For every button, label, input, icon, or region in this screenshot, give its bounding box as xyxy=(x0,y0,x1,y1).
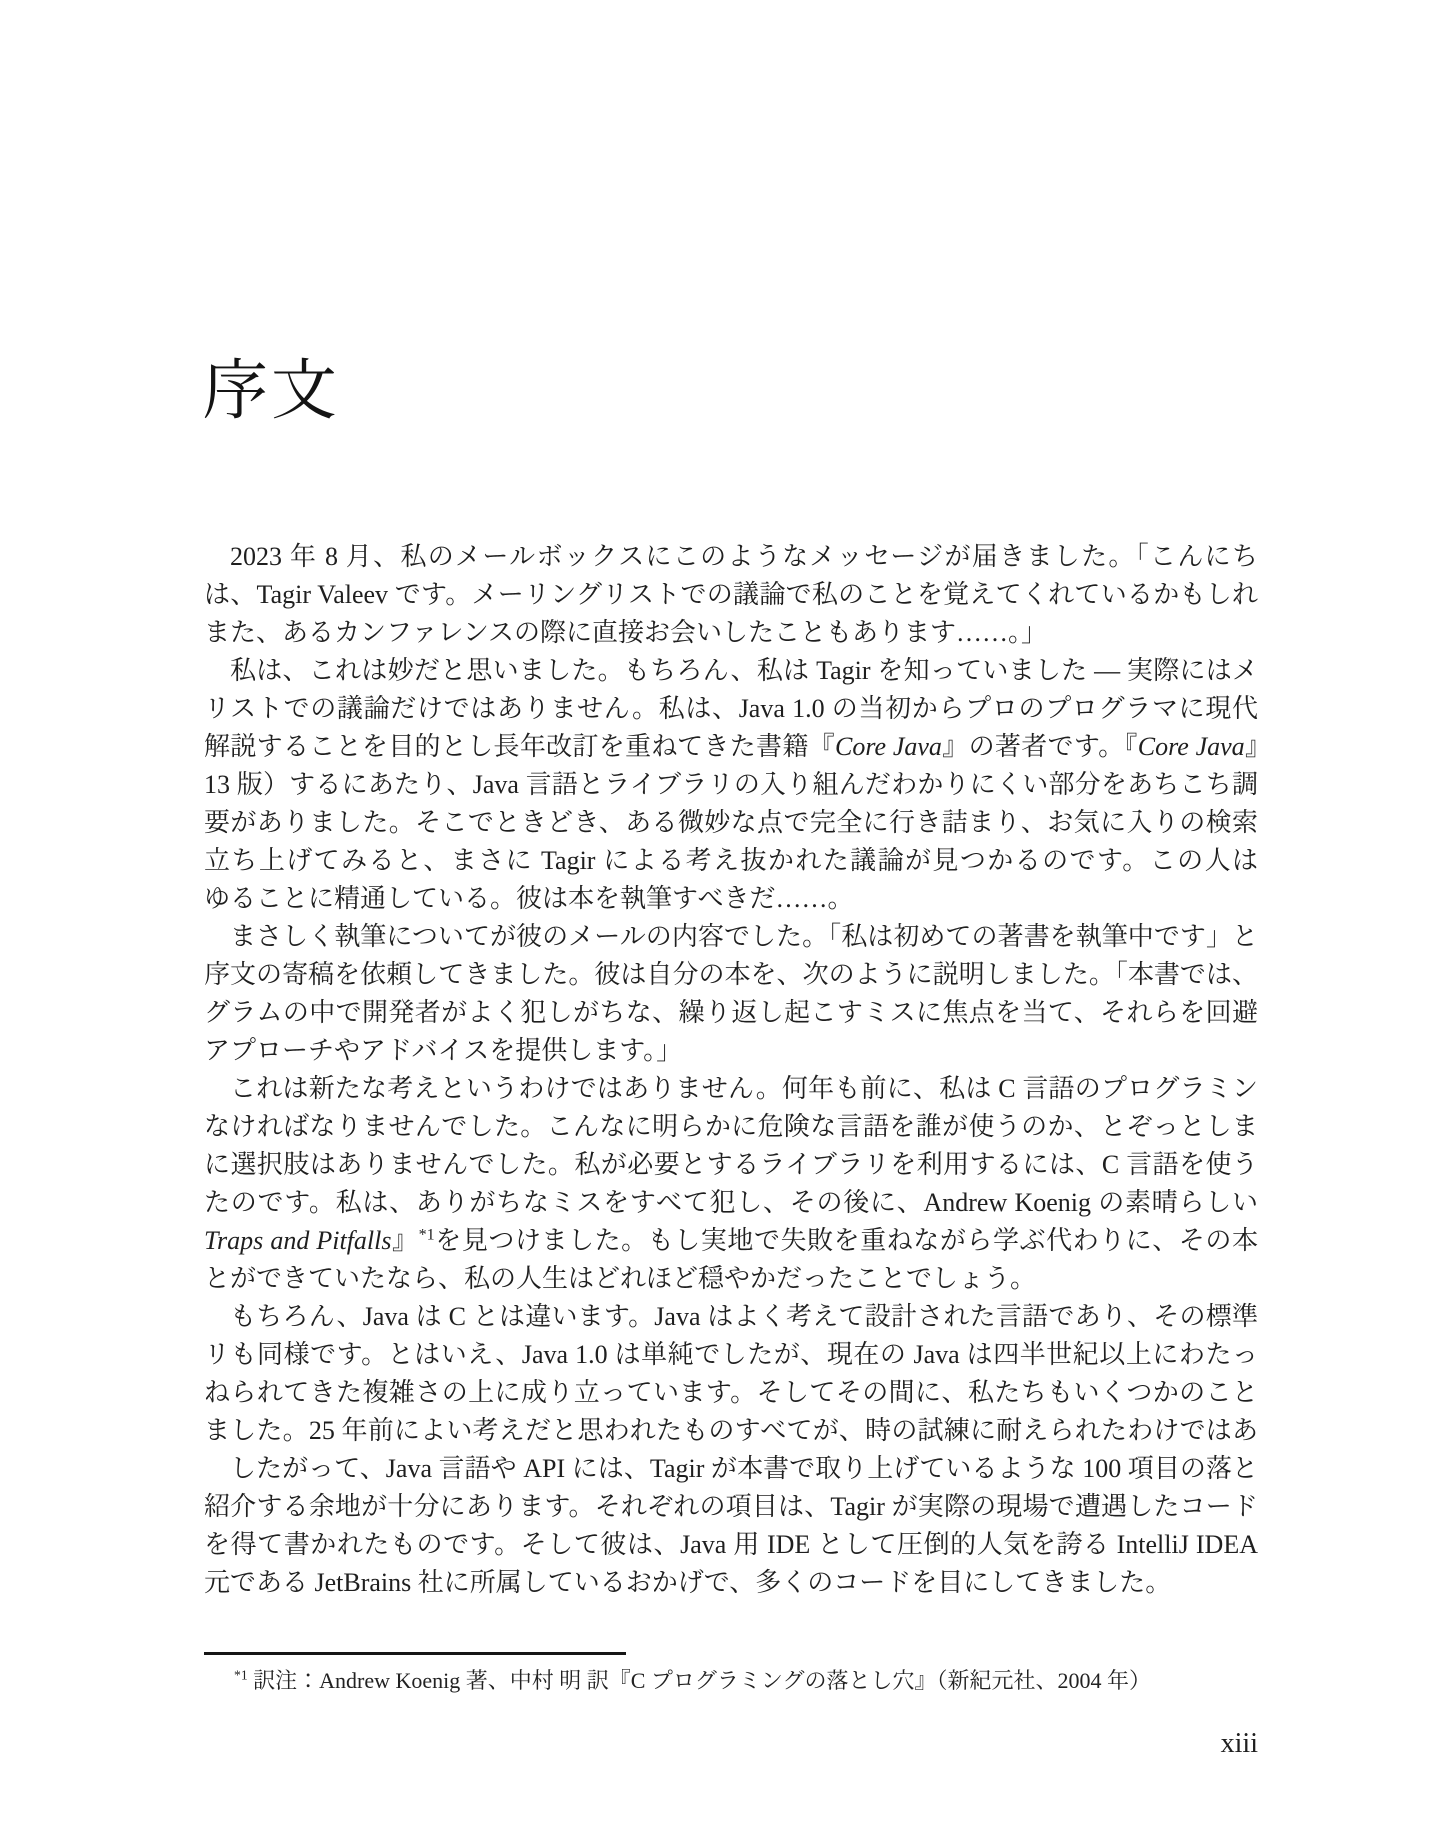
text-line: 要がありました。そこでときどき、ある微妙な点で完全に行き詰まり、お気に入りの検索… xyxy=(204,804,1258,842)
text-line: これは新たな考えというわけではありません。何年も前に、私は C 言語のプログラミ… xyxy=(204,1070,1258,1108)
text-line: 2023 年 8 月、私のメールボックスにこのようなメッセージが届きました。「こ… xyxy=(204,538,1258,576)
paragraph: 私は、これは妙だと思いました。もちろん、私は Tagir を知っていました — … xyxy=(204,652,1258,918)
text-line: ねられてきた複雑さの上に成り立っています。そしてその間に、私たちもいくつかのこと… xyxy=(204,1374,1258,1412)
text-line: たのです。私は、ありがちなミスをすべて犯し、その後に、Andrew Koenig… xyxy=(204,1184,1258,1222)
text-line: ゆることに精通している。彼は本を執筆すべきだ……。 xyxy=(204,880,1258,918)
paragraph: したがって、Java 言語や API には、Tagir が本書で取り上げているよ… xyxy=(204,1450,1258,1602)
preface-body: 2023 年 8 月、私のメールボックスにこのようなメッセージが届きました。「こ… xyxy=(204,538,1258,1602)
footnote: *1 訳注：Andrew Koenig 著、中村 明 訳『C プログラミングの落… xyxy=(204,1666,1258,1696)
text-line: また、あるカンファレンスの際に直接お会いしたこともあります……。」 xyxy=(204,614,1258,652)
text-line: リストでの議論だけではありません。私は、Java 1.0 の当初からプロのプログ… xyxy=(204,690,1258,728)
text-line: まさしく執筆についてが彼のメールの内容でした。「私は初めての著書を執筆中です」と… xyxy=(204,918,1258,956)
paragraph: 2023 年 8 月、私のメールボックスにこのようなメッセージが届きました。「こ… xyxy=(204,538,1258,652)
text-line: を得て書かれたものです。そして彼は、Java 用 IDE として圧倒的人気を誇る… xyxy=(204,1526,1258,1564)
page-title: 序文 xyxy=(202,356,340,425)
footnote-marker: *1 xyxy=(234,1668,248,1683)
text-line: 立ち上げてみると、まさに Tagir による考え抜かれた議論が見つかるのです。こ… xyxy=(204,842,1258,880)
text-line: 序文の寄稿を依頼してきました。彼は自分の本を、次のように説明しました。「本書では… xyxy=(204,956,1258,994)
text-line: 私は、これは妙だと思いました。もちろん、私は Tagir を知っていました — … xyxy=(204,652,1258,690)
text-line: 元である JetBrains 社に所属しているおかげで、多くのコードを目にしてき… xyxy=(204,1564,1258,1602)
text-line: に選択肢はありませんでした。私が必要とするライブラリを利用するには、C 言語を使… xyxy=(204,1146,1258,1184)
footnote-separator xyxy=(204,1652,626,1655)
paragraph: もちろん、Java は C とは違います。Java はよく考えて設計された言語で… xyxy=(204,1298,1258,1450)
text-line: もちろん、Java は C とは違います。Java はよく考えて設計された言語で… xyxy=(204,1298,1258,1336)
paragraph: これは新たな考えというわけではありません。何年も前に、私は C 言語のプログラミ… xyxy=(204,1070,1258,1298)
footnote-text: 訳注：Andrew Koenig 著、中村 明 訳『C プログラミングの落とし穴… xyxy=(253,1668,1151,1693)
text-line: なければなりませんでした。こんなに明らかに危険な言語を誰が使うのか、とぞっとしま… xyxy=(204,1108,1258,1146)
text-line: ました。25 年前によい考えだと思われたものすべてが、時の試練に耐えられたわけで… xyxy=(204,1412,1258,1450)
text-line: Traps and Pitfalls』*1を見つけました。もし実地で失敗を重ねな… xyxy=(204,1222,1258,1260)
text-line: とができていたなら、私の人生はどれほど穏やかだったことでしょう。 xyxy=(204,1260,1258,1298)
text-line: グラムの中で開発者がよく犯しがちな、繰り返し起こすミスに焦点を当て、それらを回避… xyxy=(204,994,1258,1032)
document-page: 序文 2023 年 8 月、私のメールボックスにこのようなメッセージが届きました… xyxy=(0,0,1433,1827)
text-line: 紹介する余地が十分にあります。それぞれの項目は、Tagir が実際の現場で遭遇し… xyxy=(204,1488,1258,1526)
text-line: 13 版）するにあたり、Java 言語とライブラリの入り組んだわかりにくい部分を… xyxy=(204,766,1258,804)
text-line: アプローチやアドバイスを提供します。」 xyxy=(204,1032,1258,1070)
text-line: リも同様です。とはいえ、Java 1.0 は単純でしたが、現在の Java は四… xyxy=(204,1336,1258,1374)
text-line: 解説することを目的とし長年改訂を重ねてきた書籍『Core Java』の著者です。… xyxy=(204,728,1258,766)
text-line: したがって、Java 言語や API には、Tagir が本書で取り上げているよ… xyxy=(204,1450,1258,1488)
paragraph: まさしく執筆についてが彼のメールの内容でした。「私は初めての著書を執筆中です」と… xyxy=(204,918,1258,1070)
text-line: は、Tagir Valeev です。メーリングリストでの議論で私のことを覚えてく… xyxy=(204,576,1258,614)
page-number: xiii xyxy=(204,1728,1258,1760)
